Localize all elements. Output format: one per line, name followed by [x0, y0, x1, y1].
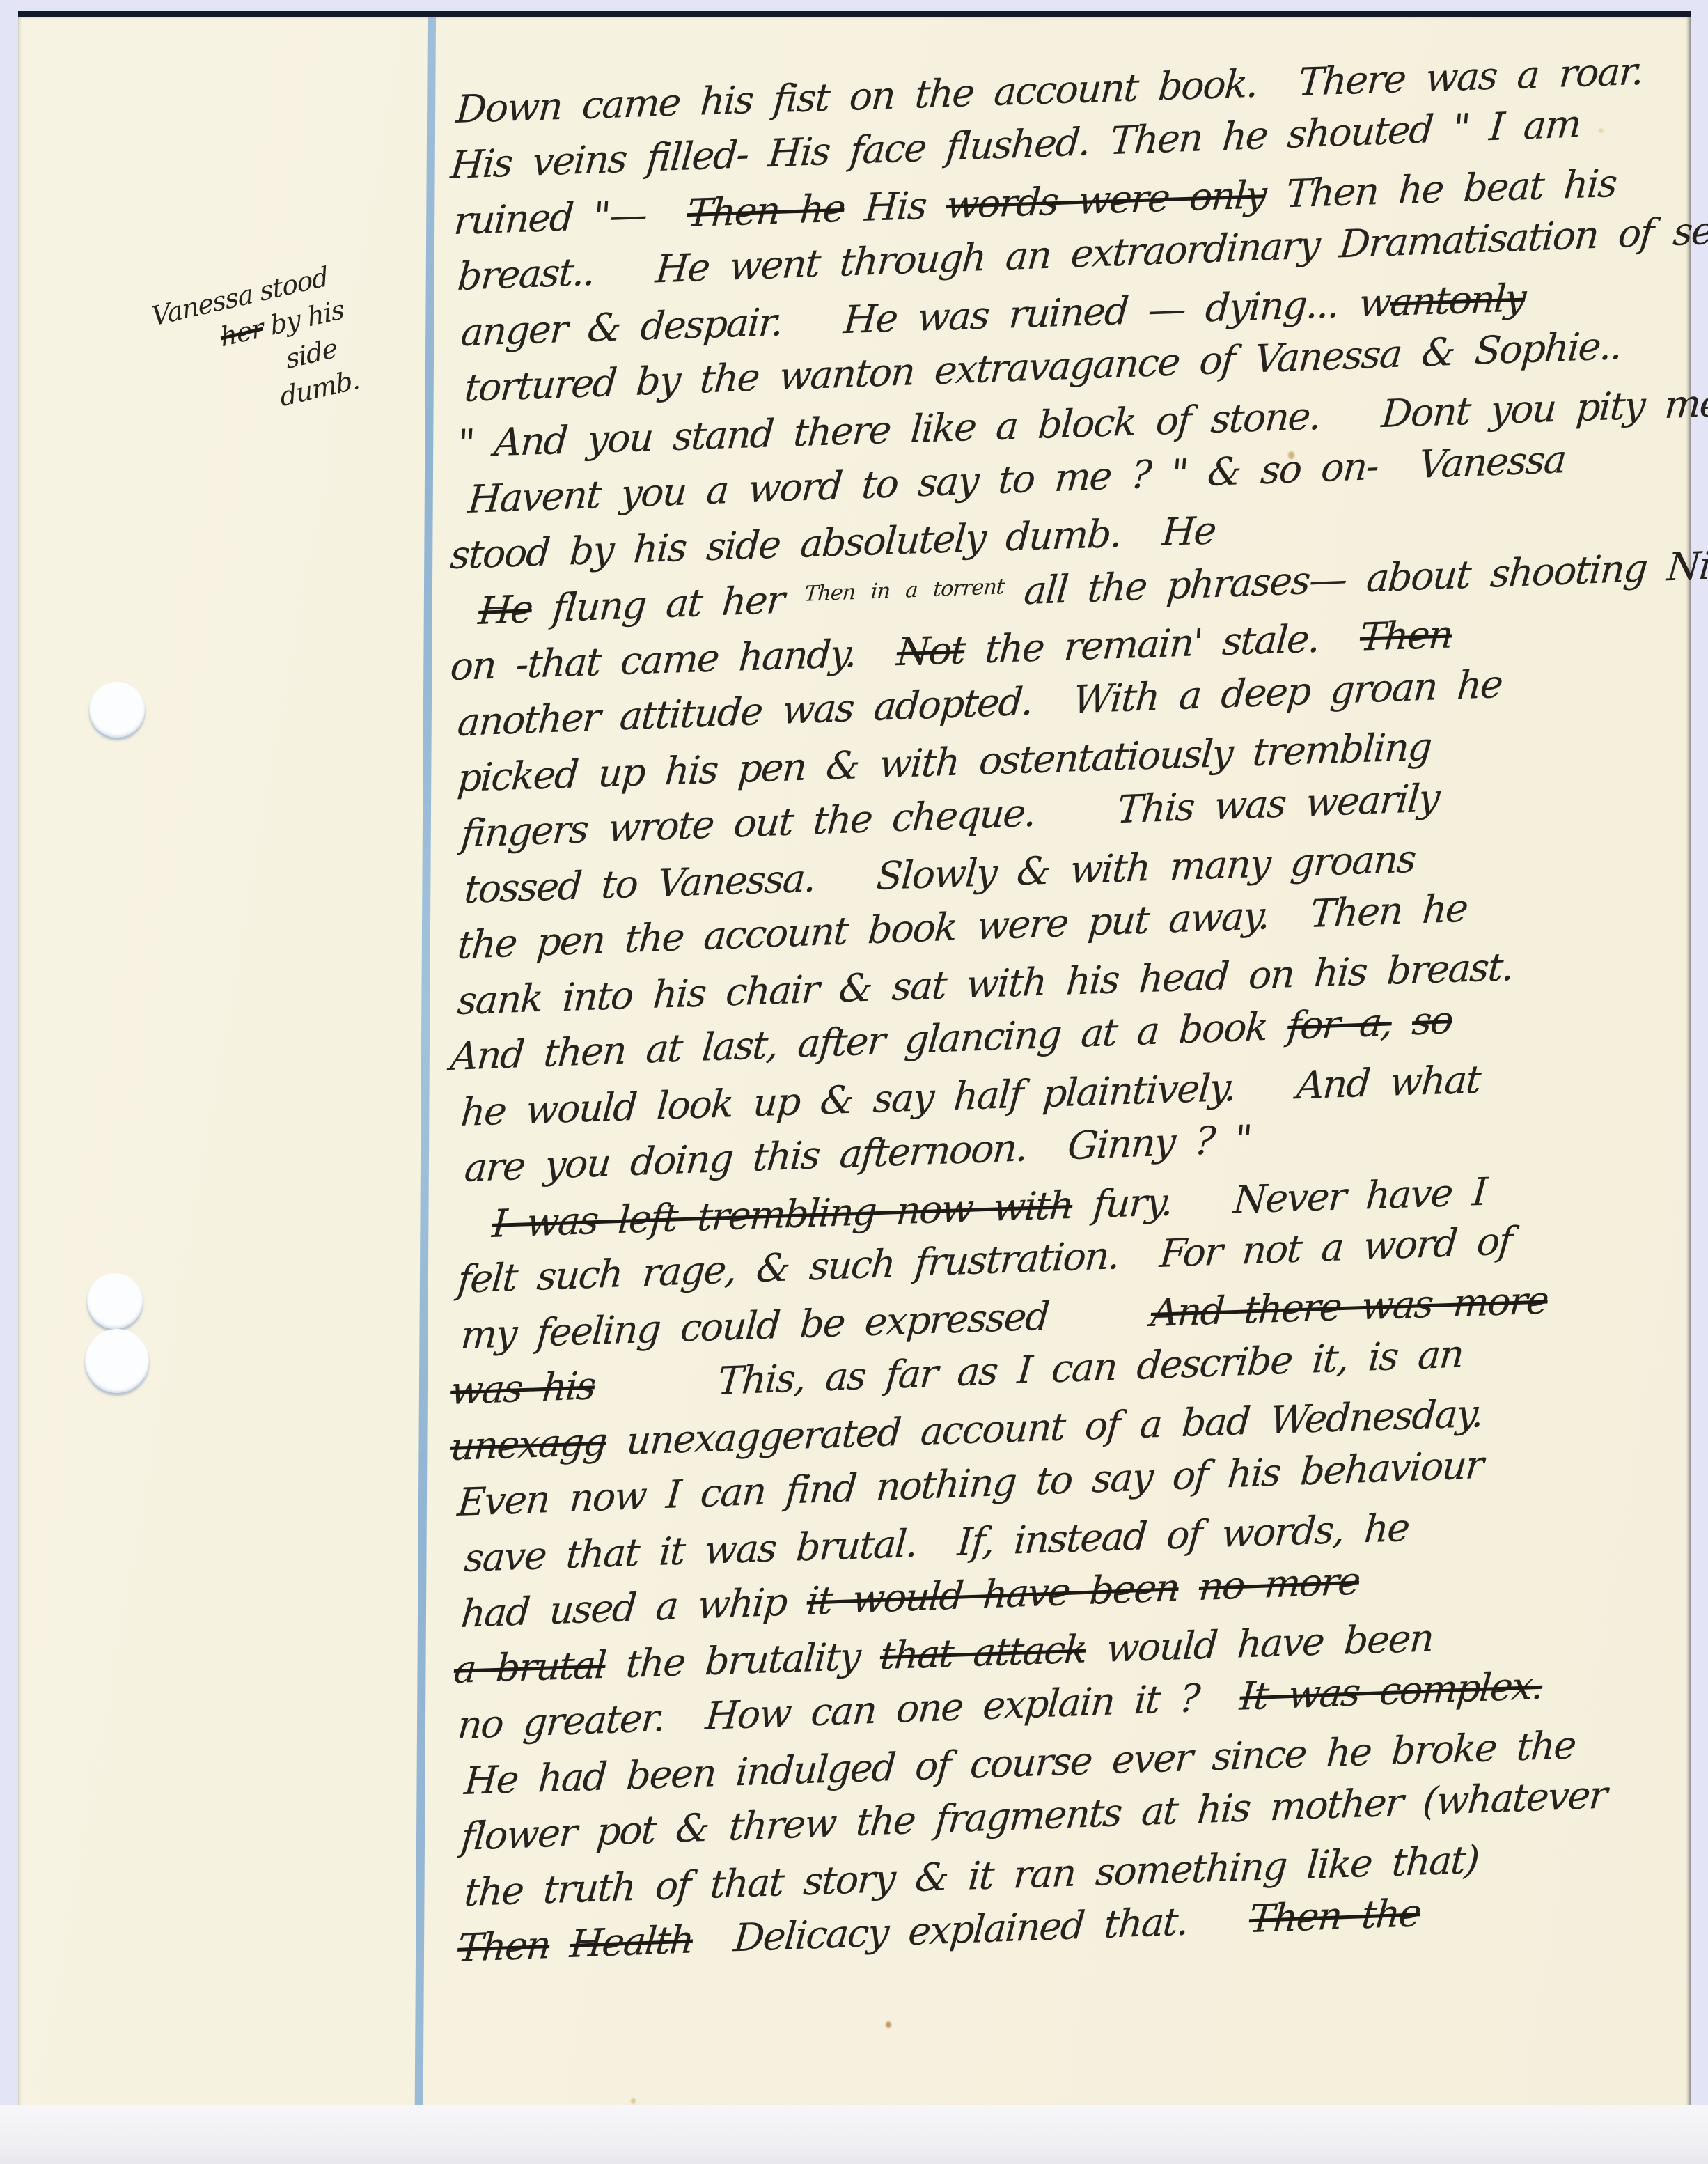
scanned-manuscript-page: { "page": { "kind": "handwritten manuscr…: [0, 0, 1708, 2164]
struck-text-segment: It was complex.: [1238, 1663, 1544, 1719]
struck-text-segment: Then: [1358, 612, 1454, 659]
text-segment: Then he beat his: [1264, 161, 1617, 217]
struck-text-segment: And there was more: [1150, 1277, 1549, 1335]
struck-text-segment: I was left trembling now with: [491, 1183, 1074, 1246]
text-segment: flung at her: [530, 577, 806, 632]
text-segment: the remain' stale.: [963, 615, 1362, 673]
struck-text-segment: her: [219, 313, 265, 353]
text-segment: ruined "—: [453, 191, 689, 243]
struck-text-segment: that attack: [879, 1627, 1088, 1679]
struck-text-segment: no more: [1197, 1558, 1361, 1609]
text-segment: fury. Never have I: [1071, 1169, 1488, 1227]
struck-text-segment: Then: [456, 1922, 551, 1970]
inserted-text-segment: Then in a torrent: [804, 575, 1005, 607]
text-segment: Delicacy explained that.: [691, 1897, 1251, 1962]
text-segment: His: [843, 182, 948, 231]
struck-text-segment: a brutal: [453, 1642, 607, 1692]
text-segment: the brutality: [604, 1633, 882, 1687]
manuscript-text: Down came his fist on the account book. …: [449, 91, 1682, 2055]
struck-text-segment: antonly: [1388, 275, 1526, 324]
punch-hole: [87, 1273, 143, 1329]
blue-margin-rule-line: [415, 17, 436, 2110]
struck-text-segment: Then he: [686, 186, 846, 235]
text-segment: on -that came handy.: [449, 630, 899, 689]
struck-text-segment: Not: [895, 628, 966, 674]
struck-text-segment: Then the: [1247, 1890, 1422, 1941]
punch-hole: [85, 1329, 149, 1393]
struck-text-segment: He: [477, 586, 534, 633]
struck-text-segment: it would have been: [805, 1565, 1180, 1624]
struck-text-segment: was his: [449, 1363, 597, 1413]
struck-text-segment: words were only: [945, 172, 1267, 227]
text-segment: had used a whip: [460, 1579, 809, 1636]
scanner-edge: [0, 2105, 1708, 2164]
text-segment: would have been: [1084, 1615, 1434, 1671]
struck-text-segment: so: [1411, 997, 1455, 1043]
struck-text-segment: for a,: [1286, 999, 1394, 1048]
struck-text-segment: unexagg: [449, 1419, 608, 1469]
struck-text-segment: Health: [568, 1917, 695, 1966]
punch-hole: [89, 682, 145, 738]
foxing-spot: [631, 2098, 636, 2104]
